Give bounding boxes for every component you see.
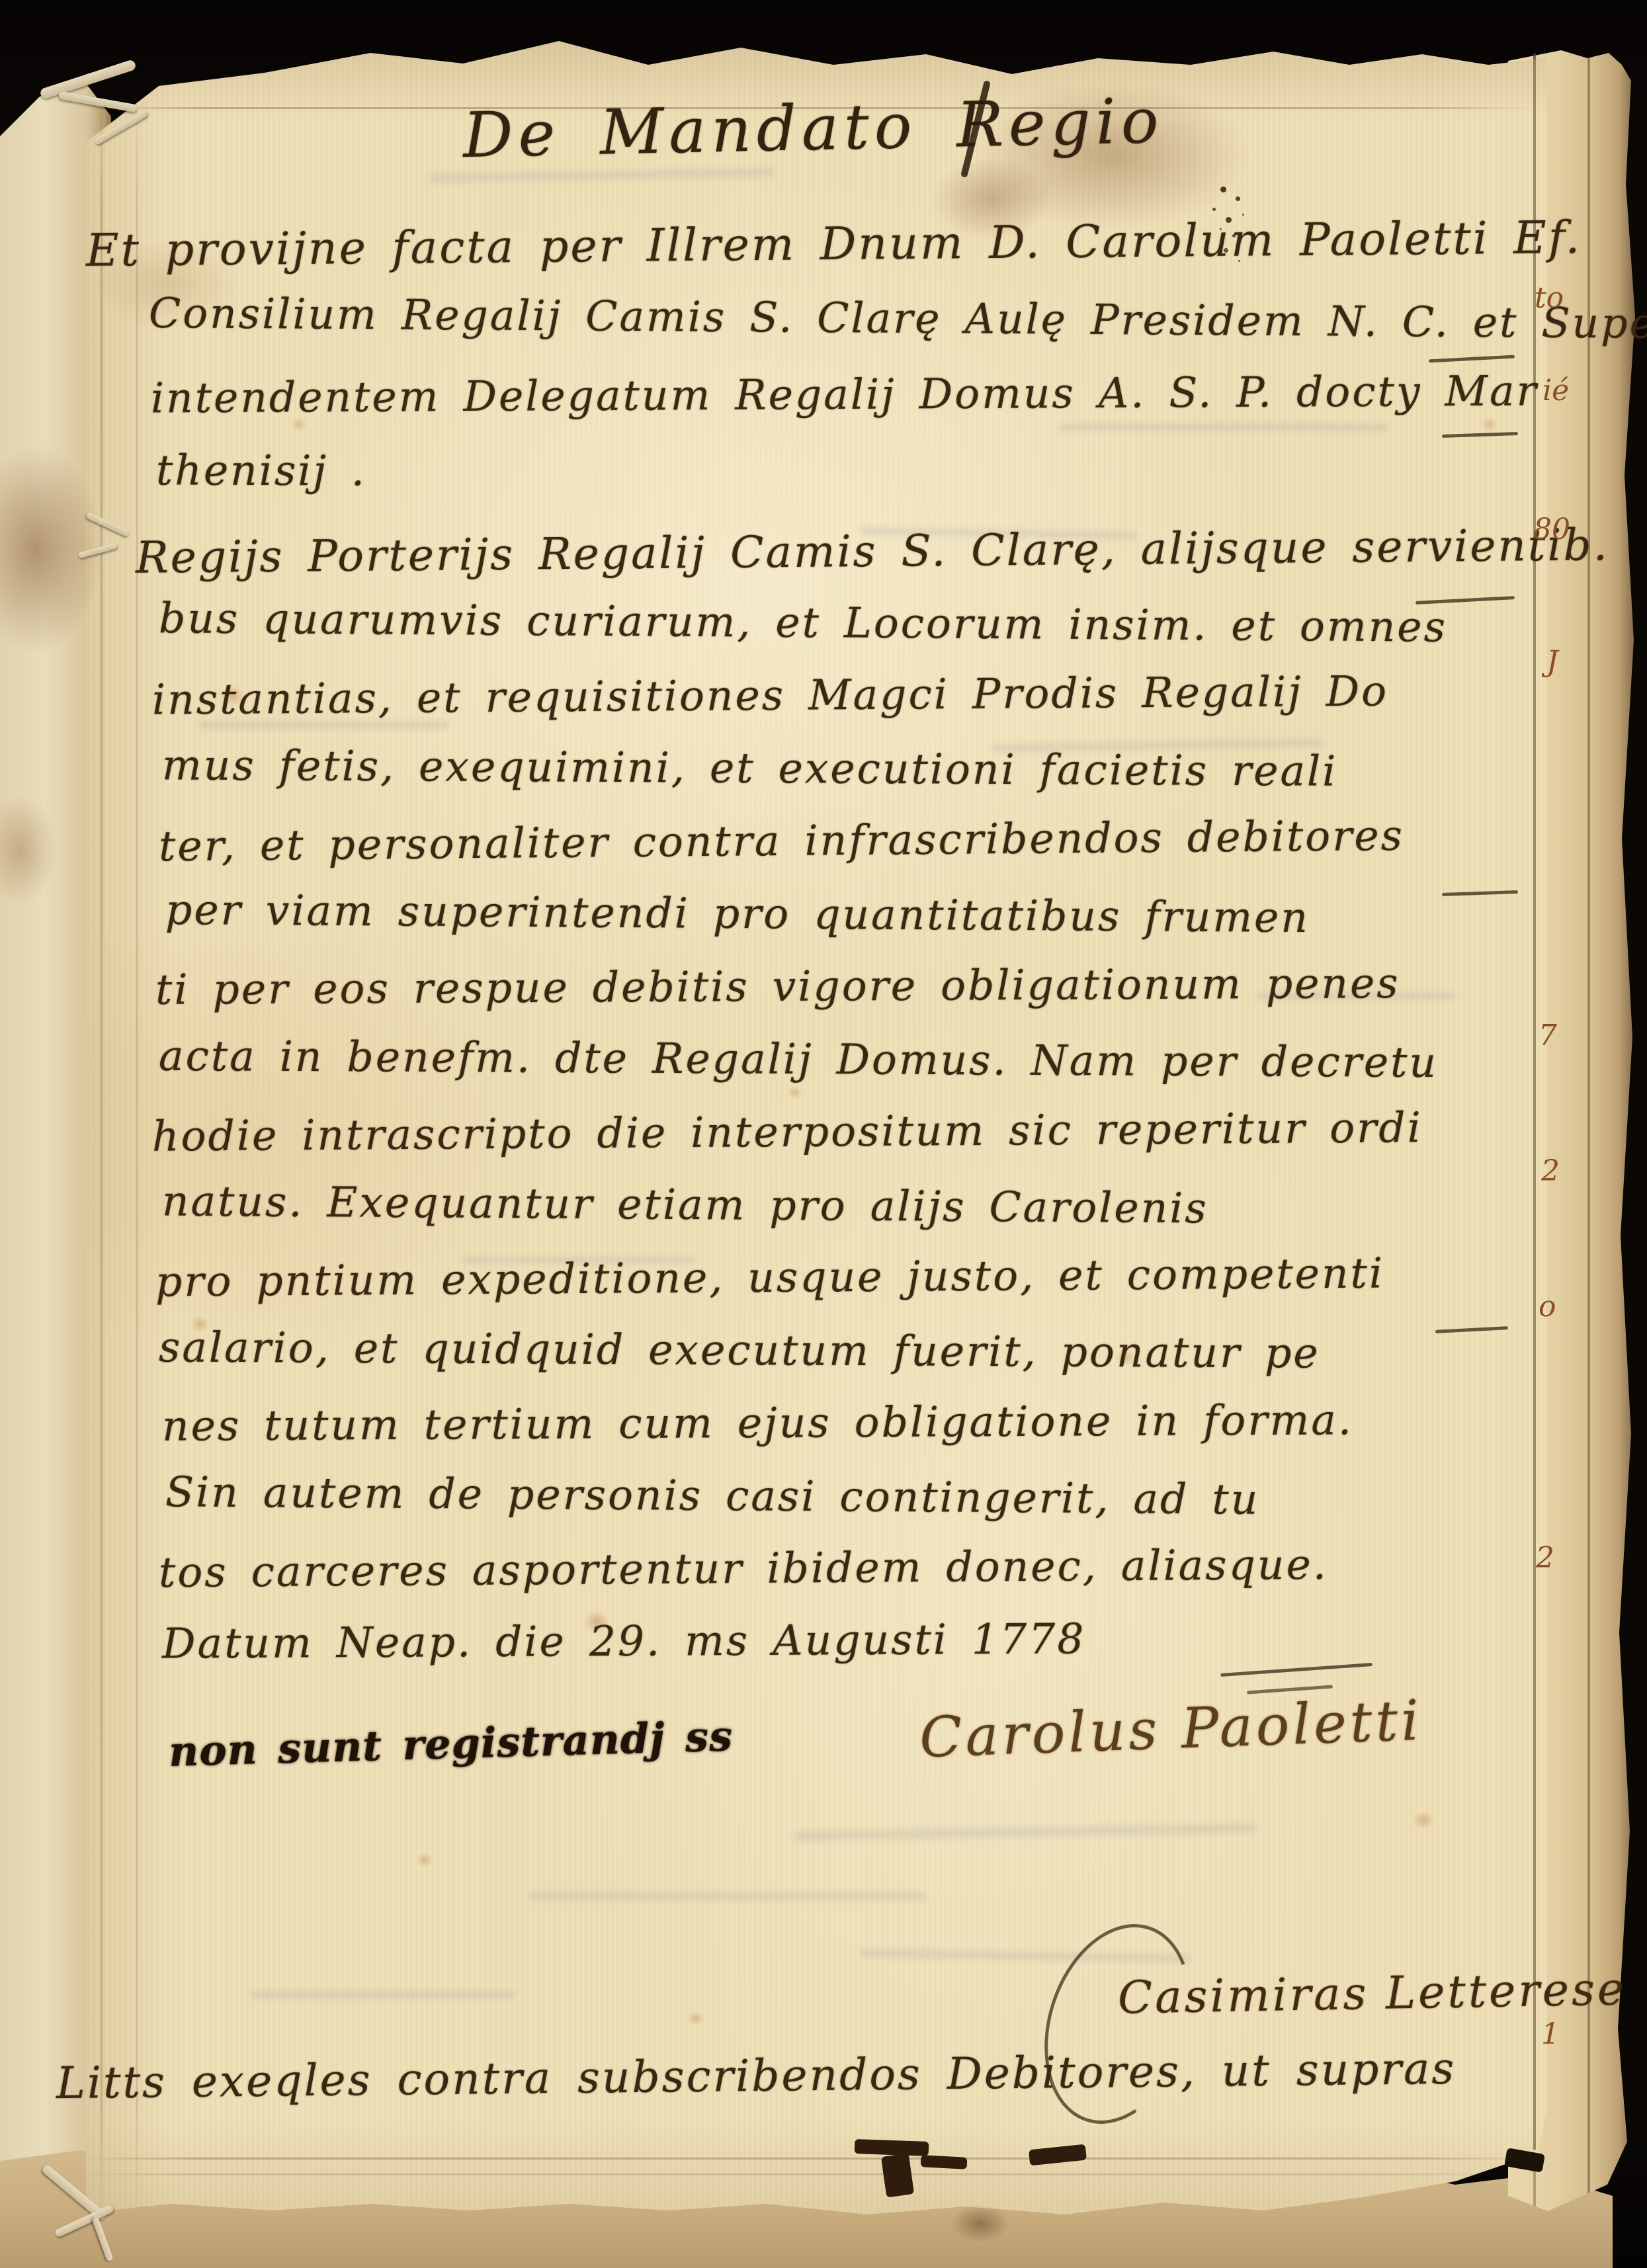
bleed-through-mark — [1058, 423, 1389, 431]
edge-fragment: 1 — [1541, 2017, 1560, 2051]
text-line: bus quarumvis curiarum, et Locorum insim… — [159, 594, 1447, 651]
text-line: natus. Exequantur etiam pro alijs Carole… — [162, 1177, 1208, 1232]
text-line: pro pntium expeditione, usque justo, et … — [155, 1249, 1384, 1306]
text-line: salario, et quidquid executum fuerit, po… — [159, 1323, 1320, 1377]
text-line: nes tutum tertium cum ejus obligatione i… — [162, 1396, 1353, 1450]
edge-fragment: to — [1535, 281, 1564, 315]
text-line: Sin autem de personis casi contingerit, … — [165, 1468, 1260, 1524]
text-line: mus fetis, exequimini, et executioni fac… — [162, 741, 1338, 795]
text-line: thenisij . — [156, 446, 366, 495]
edge-fragment: J — [1546, 645, 1558, 679]
date-line: Datum Neap. die 29. ms Augusti 1778 — [162, 1615, 1086, 1667]
crease-line — [136, 93, 138, 2222]
edge-fragment: ié — [1542, 374, 1569, 407]
text-line: ti per eos respue debitis vigore obligat… — [155, 959, 1400, 1014]
deckle-edge-line — [1587, 38, 1590, 2229]
text-line: acta in benefm. dte Regalij Domus. Nam p… — [159, 1032, 1438, 1087]
text-line: per viam superintendi pro quantitatibus … — [165, 886, 1310, 942]
edge-fragment: 2 — [1536, 1541, 1554, 1575]
clerk-signature: Casimiras Letterese — [1117, 1963, 1626, 2024]
ink-stub — [881, 2153, 914, 2197]
scan-background: De Mandato Regio Et provijne facta per I… — [0, 0, 1647, 2268]
edge-fragment: o — [1539, 1290, 1556, 1323]
ink-stub — [855, 2139, 929, 2156]
text-line: hodie intrascripto die interpositum sic … — [152, 1103, 1423, 1160]
bleed-through-mark — [251, 1991, 516, 1999]
bleed-through-mark — [529, 1892, 926, 1901]
edge-fragment: 2 — [1541, 1154, 1560, 1188]
crease-line — [79, 2173, 1501, 2175]
crease-line — [79, 2158, 1535, 2160]
crease-line — [101, 79, 103, 2222]
edge-fragment: 80 — [1533, 513, 1570, 546]
text-line: intendentem Delegatum Regalij Domus A. S… — [151, 367, 1539, 423]
edge-fragment: 7 — [1539, 1019, 1557, 1052]
ink-stub — [921, 2155, 968, 2169]
text-line: instantias, et requisitiones Magci Prodi… — [152, 667, 1389, 724]
heading: De Mandato Regio — [462, 85, 1164, 172]
text-line: tos carceres asportentur ibidem donec, a… — [159, 1540, 1328, 1597]
ink-spatter — [1220, 187, 1226, 192]
